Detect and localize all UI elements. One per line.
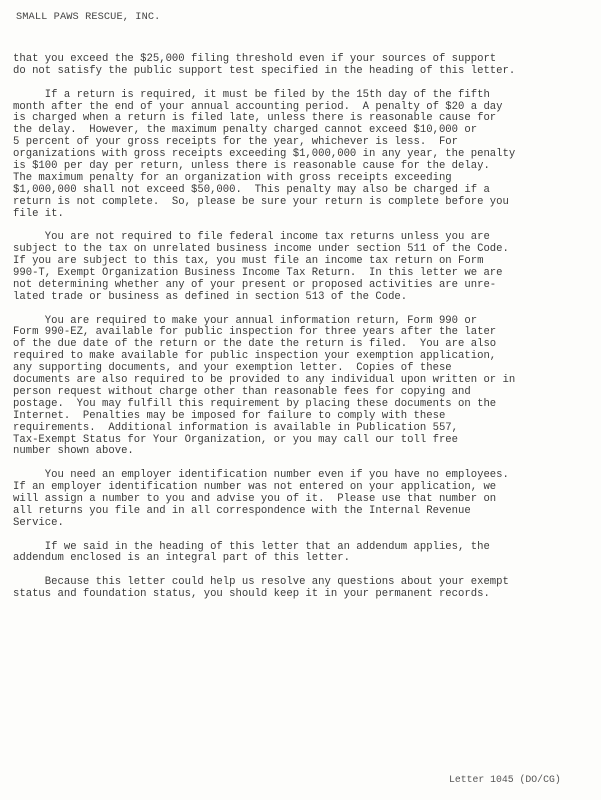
text-line: Service. — [13, 518, 598, 530]
text-line: $1,000,000 shall not exceed $50,000. Thi… — [13, 185, 598, 197]
organization-header: SMALL PAWS RESCUE, INC. — [16, 11, 160, 23]
text-line: lated trade or business as defined in se… — [13, 292, 598, 304]
paragraph-employer-id-number: You need an employer identification numb… — [13, 470, 598, 529]
text-line: do not satisfy the public support test s… — [13, 66, 598, 78]
letter-body: that you exceed the $25,000 filing thres… — [13, 54, 598, 613]
paragraph-filing-threshold: that you exceed the $25,000 filing thres… — [13, 54, 598, 78]
text-line: return is not complete. So, please be su… — [13, 197, 598, 209]
text-line: file it. — [13, 209, 598, 221]
text-line: If a return is required, it must be file… — [13, 90, 598, 102]
text-line: status and foundation status, you should… — [13, 589, 598, 601]
text-line: Internet. Penalties may be imposed for f… — [13, 411, 598, 423]
text-line: requirements. Additional information is … — [13, 423, 598, 435]
text-line: number shown above. — [13, 446, 598, 458]
text-line: postage. You may fulfill this requiremen… — [13, 399, 598, 411]
paragraph-return-penalty: If a return is required, it must be file… — [13, 90, 598, 221]
paragraph-addendum: If we said in the heading of this letter… — [13, 542, 598, 566]
text-line: The maximum penalty for an organization … — [13, 173, 598, 185]
paragraph-public-inspection: You are required to make your annual inf… — [13, 316, 598, 459]
text-line: all returns you file and in all correspo… — [13, 506, 598, 518]
paragraph-keep-records: Because this letter could help us resolv… — [13, 577, 598, 601]
text-line: addendum enclosed is an integral part of… — [13, 553, 598, 565]
letter-page: SMALL PAWS RESCUE, INC. that you exceed … — [0, 0, 601, 800]
letter-code-footer: Letter 1045 (DO/CG) — [449, 774, 561, 785]
paragraph-unrelated-business-income: You are not required to file federal inc… — [13, 232, 598, 303]
